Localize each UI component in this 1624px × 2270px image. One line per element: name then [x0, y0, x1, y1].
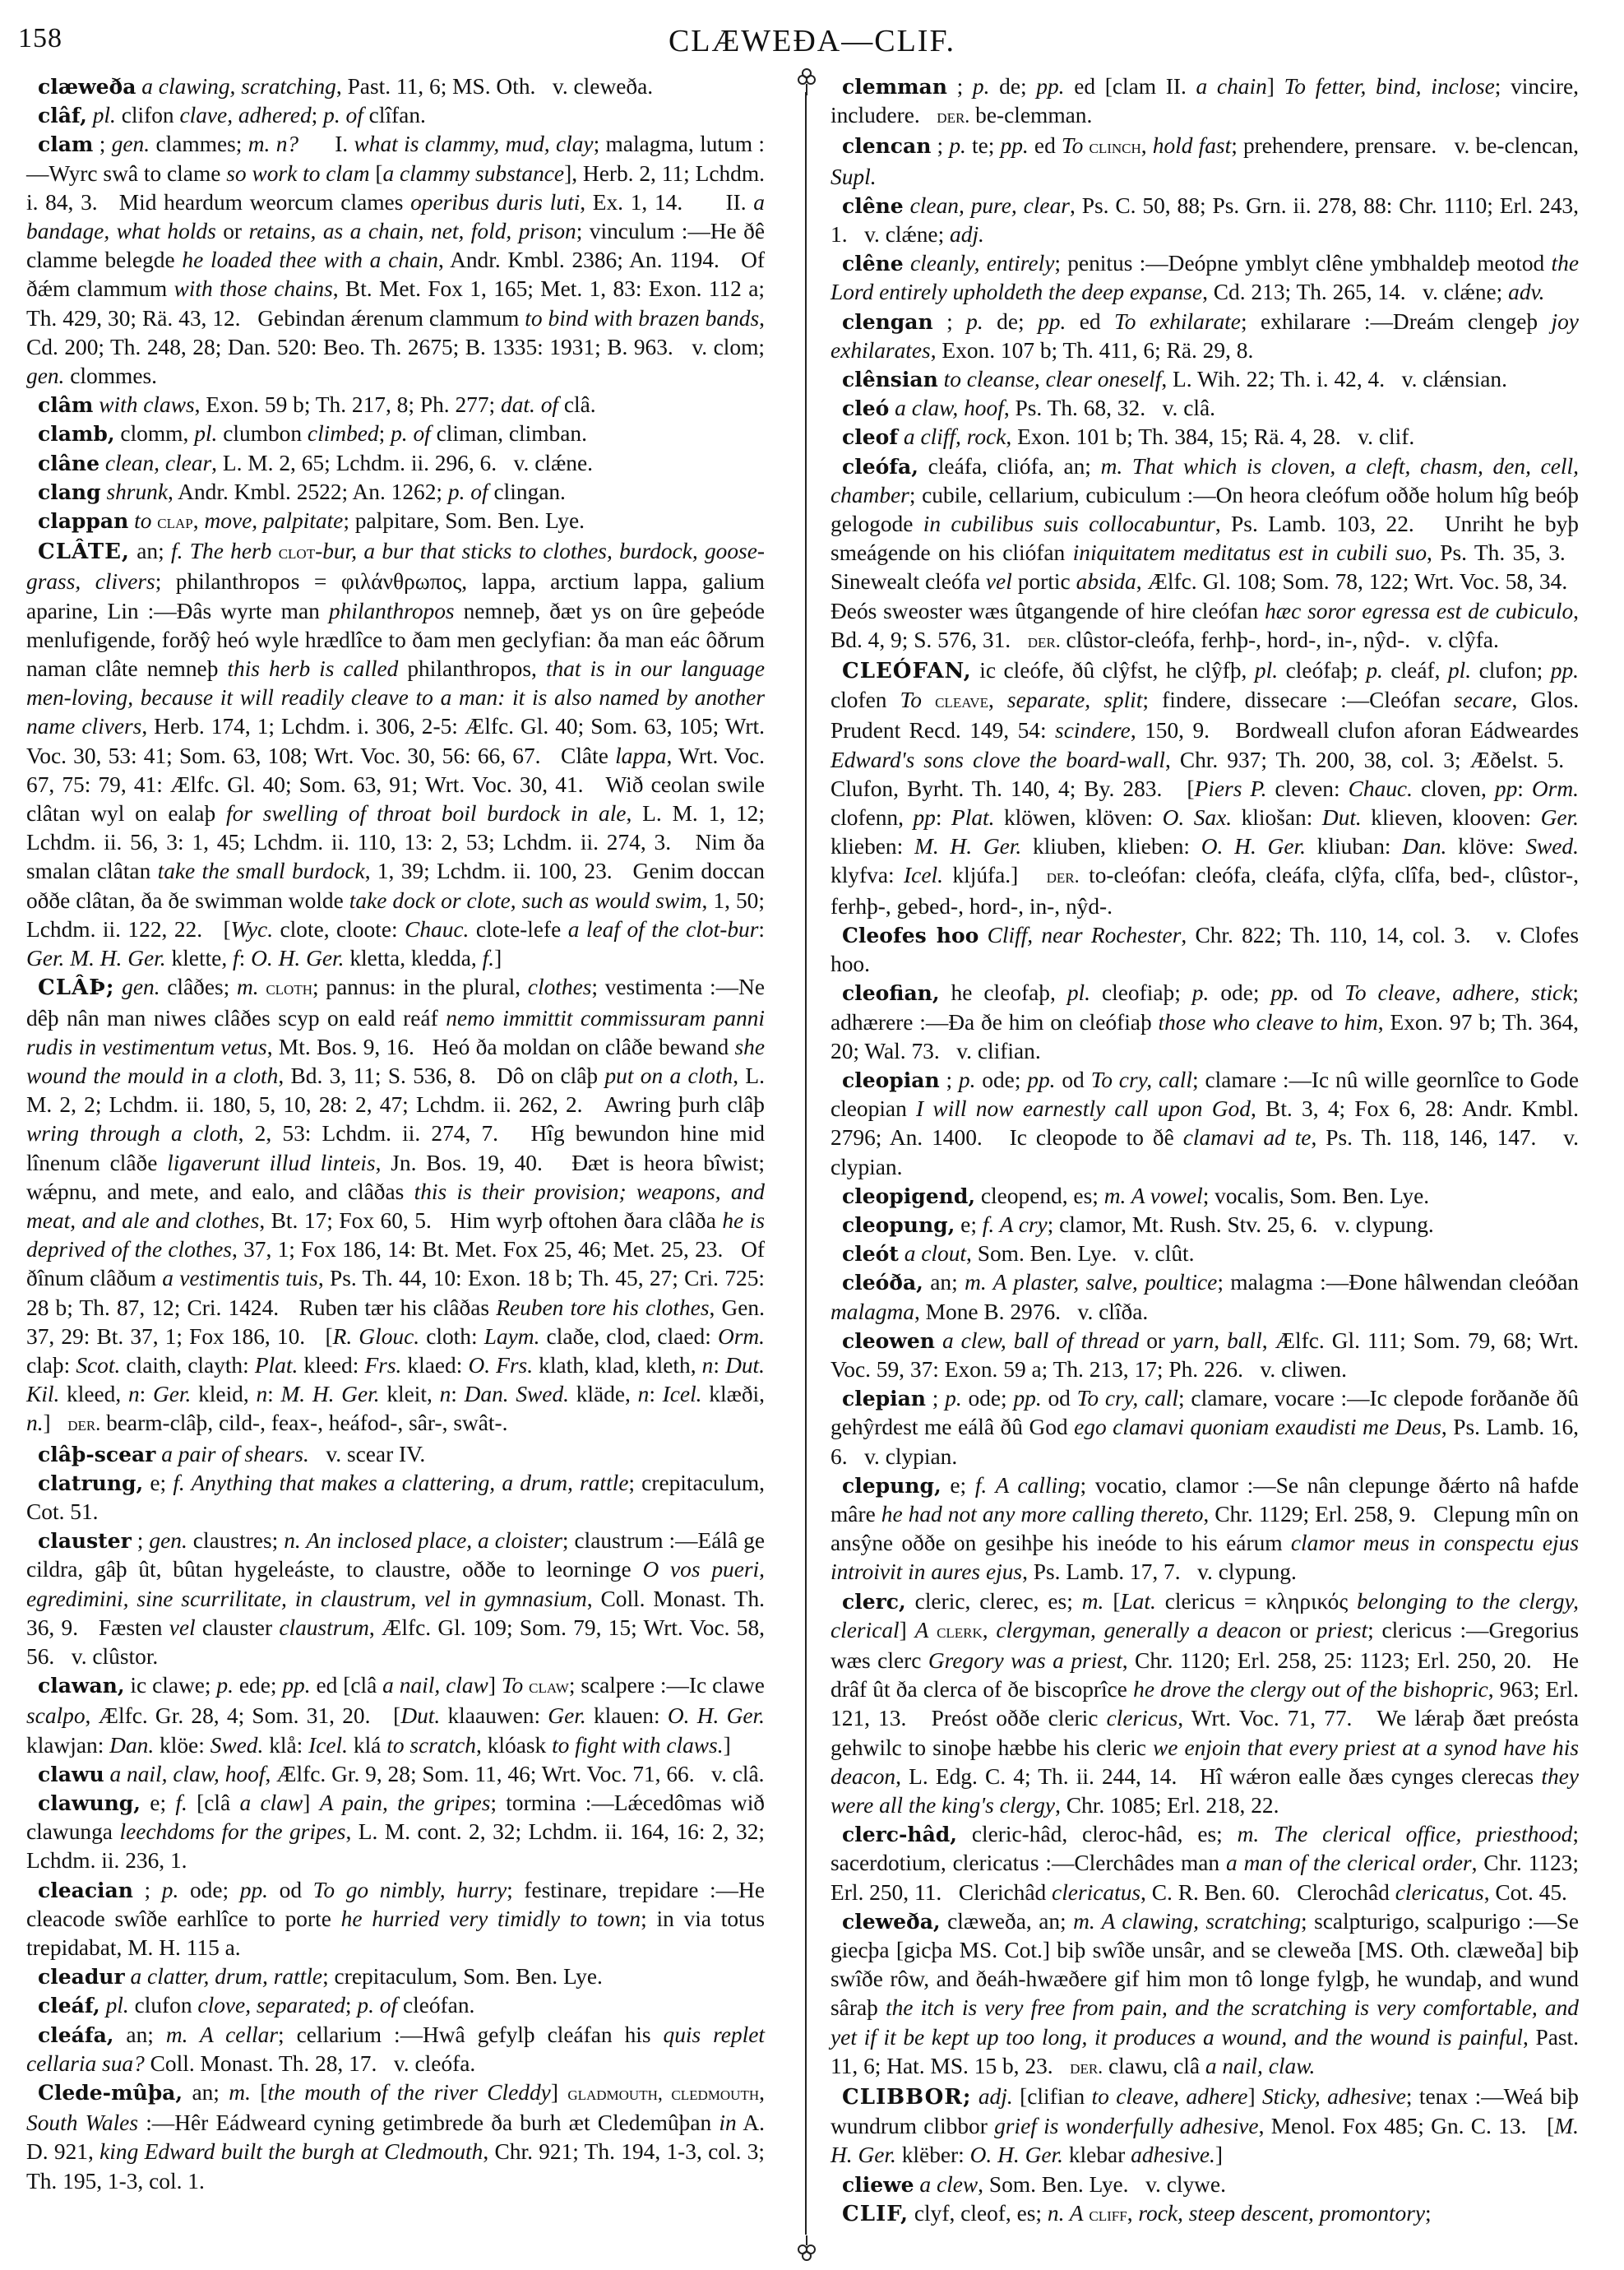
headword: clamb,	[38, 422, 115, 446]
headword: cleáf,	[38, 1994, 100, 2018]
headword: CLIF,	[842, 2202, 909, 2226]
dictionary-entry: clemman ; p. de; pp. ed [clam II. a chai…	[831, 72, 1579, 132]
entry-definition: clyf, cleof, es; n. A cliff, rock, steep…	[909, 2201, 1432, 2226]
entry-definition: cleric, clerec, es; m. [Lat. clericus = …	[831, 1589, 1579, 1818]
dictionary-entry: cleopigend, cleopend, es; m. A vowel; vo…	[831, 1182, 1579, 1211]
headword: cleweða,	[842, 1910, 941, 1934]
dictionary-entry: clamb, clomm, pl. clumbon climbed; p. of…	[26, 419, 765, 448]
headword: CLEÓFAN,	[842, 659, 972, 683]
entry-definition: a pair of shears. v. scear IV.	[155, 1442, 425, 1466]
entry-definition: shrunk, Andr. Kmbl. 2522; An. 1262; p. o…	[101, 479, 566, 504]
dictionary-entry: cleowen a clew, ball of thread or yarn, …	[831, 1327, 1579, 1384]
dictionary-entry: clatrung, e; f. Anything that makes a cl…	[26, 1469, 765, 1526]
headword: clawung,	[38, 1791, 141, 1815]
entry-definition: to cleanse, clear oneself, L. Wih. 22; T…	[938, 367, 1507, 391]
entry-definition: pl. clifon clave, adhered; p. of clîfan.	[87, 103, 426, 127]
dictionary-entry: cleáf, pl. clufon clove, separated; p. o…	[26, 1991, 765, 2020]
entry-definition: cleopend, es; m. A vowel; vocalis, Som. …	[975, 1184, 1429, 1208]
entry-definition: clæweða, an; m. A clawing, scratching; s…	[831, 1909, 1579, 2078]
headword: clawan,	[38, 1674, 125, 1698]
entry-definition: an; m. A plaster, salve, poultice; malag…	[831, 1270, 1579, 1323]
headword: clencan	[842, 134, 931, 158]
dictionary-entry: clêne clean, pure, clear, Ps. C. 50, 88;…	[831, 192, 1579, 249]
entry-definition: a claw, hoof, Ps. Th. 68, 32. v. clâ.	[889, 396, 1215, 420]
right-column: clemman ; p. de; pp. ed [clam II. a chai…	[831, 72, 1579, 2230]
entry-definition: an; f. The herb clot-bur, a bur that sti…	[26, 539, 765, 971]
dictionary-entry: cleáfa, an; m. A cellar; cellarium :—Hwâ…	[26, 2021, 765, 2078]
dictionary-entry: cliewe a clew, Som. Ben. Lye. v. clywe.	[831, 2170, 1579, 2199]
dictionary-entry: clâf, pl. clifon clave, adhered; p. of c…	[26, 101, 765, 130]
dictionary-entry: clepung, e; f. A calling; vocatio, clamo…	[831, 1471, 1579, 1587]
dictionary-entry: CLIF, clyf, cleof, es; n. A cliff, rock,…	[831, 2199, 1579, 2230]
headword: cleó	[842, 396, 889, 420]
dictionary-entry: cleopung, e; f. A cry; clamor, Mt. Rush.…	[831, 1211, 1579, 1239]
headword: cleót	[842, 1242, 899, 1266]
headword: clengan	[842, 310, 933, 334]
dictionary-entry: cleó a claw, hoof, Ps. Th. 68, 32. v. cl…	[831, 394, 1579, 423]
entry-definition: ; p. te; pp. ed To clinch, hold fast; pr…	[831, 133, 1579, 188]
entry-definition: ; p. ode; pp. od To cry, call; clamare, …	[831, 1386, 1579, 1468]
headword: clâm	[38, 393, 93, 417]
headword: clerc-hâd,	[842, 1823, 957, 1846]
trefoil-ornament-icon	[794, 2235, 819, 2263]
dictionary-entry: clam ; gen. clammes; m. n? I. what is cl…	[26, 130, 765, 391]
entry-definition: e; f. A calling; vocatio, clamor :—Se nâ…	[831, 1473, 1579, 1585]
entry-definition: cleanly, entirely; penitus :—Deópne ymbl…	[831, 251, 1579, 304]
dictionary-entry: CLIBBOR; adj. [clifian to cleave, adhere…	[831, 2082, 1579, 2170]
dictionary-entry: cleweða, clæweða, an; m. A clawing, scra…	[831, 1907, 1579, 2082]
entry-definition: cleáfa, cliófa, an; m. That which is clo…	[831, 454, 1579, 652]
headword: clappan	[38, 509, 128, 533]
headword: cleopigend,	[842, 1184, 975, 1208]
headword: clang	[38, 480, 101, 504]
dictionary-entry: cleofian, he cleofaþ, pl. cleofiaþ; p. o…	[831, 979, 1579, 1066]
dictionary-entry: Clede-mûþa, an; m. [the mouth of the riv…	[26, 2078, 765, 2196]
dictionary-entry: clæweða a clawing, scratching, Past. 11,…	[26, 72, 765, 101]
headword: Clede-mûþa,	[38, 2081, 183, 2105]
headword: Cleofes hoo	[842, 924, 979, 947]
dictionary-entry: CLÂÞ; gen. clâðes; m. cloth; pannus: in …	[26, 973, 765, 1439]
entry-definition: ; p. de; pp. ed To exhilarate; exhilarar…	[831, 309, 1579, 363]
headword: clemman	[842, 75, 947, 99]
headword: clâf,	[38, 104, 87, 127]
dictionary-entry: cleót a clout, Som. Ben. Lye. v. clût.	[831, 1239, 1579, 1268]
dictionary-entry: clâm with claws, Exon. 59 b; Th. 217, 8;…	[26, 391, 765, 419]
entry-definition: to clap, move, palpitate; palpitare, Som…	[128, 508, 585, 533]
headword: cliewe	[842, 2173, 914, 2197]
entry-definition: a clatter, drum, rattle; crepitaculum, S…	[125, 1964, 603, 1989]
headword: clawu	[38, 1763, 104, 1786]
entry-definition: clomm, pl. clumbon climbed; p. of climan…	[115, 421, 587, 446]
dictionary-entry: clepian ; p. ode; pp. od To cry, call; c…	[831, 1384, 1579, 1471]
left-column: clæweða a clawing, scratching, Past. 11,…	[26, 72, 765, 2196]
dictionary-entry: clauster ; gen. claustres; n. An inclose…	[26, 1526, 765, 1671]
dictionary-entry: clang shrunk, Andr. Kmbl. 2522; An. 1262…	[26, 478, 765, 507]
headword: clepian	[842, 1387, 926, 1411]
dictionary-entry: clênsian to cleanse, clear oneself, L. W…	[831, 365, 1579, 394]
entry-definition: a clawing, scratching, Past. 11, 6; MS. …	[136, 74, 653, 99]
entry-definition: a clew, ball of thread or yarn, ball, Æl…	[831, 1328, 1579, 1382]
headword: cleófa,	[842, 455, 918, 479]
headword: clêne	[842, 252, 904, 276]
headword: cleofian,	[842, 981, 940, 1005]
entry-definition: ; p. ode; pp. od To cry, call; clamare :…	[831, 1068, 1579, 1179]
entry-definition: a cliff, rock, Exon. 101 b; Th. 384, 15;…	[898, 424, 1414, 449]
headword: clæweða	[38, 75, 136, 99]
entry-definition: ; p. ode; pp. od To go nimbly, hurry; fe…	[26, 1878, 765, 1960]
dictionary-entry: clappan to clap, move, palpitate; palpit…	[26, 507, 765, 537]
headword: clatrung,	[38, 1471, 143, 1495]
dictionary-entry: cleóða, an; m. A plaster, salve, poultic…	[831, 1268, 1579, 1326]
dictionary-entry: clawu a nail, claw, hoof, Ælfc. Gr. 9, 2…	[26, 1760, 765, 1789]
trefoil-ornament-icon	[794, 67, 819, 95]
headword: clâne	[38, 452, 99, 475]
headword: clâþ-scear	[38, 1443, 155, 1466]
dictionary-entry: clâne clean, clear, L. M. 2, 65; Lchdm. …	[26, 449, 765, 478]
entry-definition: clean, clear, L. M. 2, 65; Lchdm. ii. 29…	[99, 451, 593, 475]
column-divider	[805, 92, 807, 2235]
dictionary-entry: clawung, e; f. [clâ a claw] A pain, the …	[26, 1789, 765, 1876]
dictionary-entry: cleacian ; p. ode; pp. od To go nimbly, …	[26, 1876, 765, 1963]
dictionary-entry: clencan ; p. te; pp. ed To clinch, hold …	[831, 132, 1579, 191]
entry-definition: he cleofaþ, pl. cleofiaþ; p. ode; pp. od…	[831, 980, 1579, 1063]
entry-definition: a nail, claw, hoof, Ælfc. Gr. 9, 28; Som…	[104, 1762, 765, 1786]
dictionary-entry: clerc-hâd, cleric-hâd, cleroc-hâd, es; m…	[831, 1820, 1579, 1907]
headword: cleadur	[38, 1965, 125, 1989]
entry-definition: e; f. A cry; clamor, Mt. Rush. Stv. 25, …	[955, 1212, 1433, 1237]
dictionary-entry: cleófa, cleáfa, cliófa, an; m. That whic…	[831, 452, 1579, 656]
dictionary-entry: clengan ; p. de; pp. ed To exhilarate; e…	[831, 308, 1579, 365]
entry-definition: a clout, Som. Ben. Lye. v. clût.	[899, 1241, 1195, 1266]
entry-definition: a clew, Som. Ben. Lye. v. clywe.	[914, 2172, 1226, 2197]
headword: cleóða,	[842, 1271, 923, 1295]
entry-definition: with claws, Exon. 59 b; Th. 217, 8; Ph. …	[93, 392, 595, 417]
headword: clepung,	[842, 1474, 942, 1498]
entry-definition: clean, pure, clear, Ps. C. 50, 88; Ps. G…	[831, 193, 1579, 247]
headword: cleowen	[842, 1329, 935, 1353]
headword: cleopung,	[842, 1213, 955, 1237]
dictionary-entry: clerc, cleric, clerec, es; m. [Lat. cler…	[831, 1587, 1579, 1821]
dictionary-entry: cleadur a clatter, drum, rattle; crepita…	[26, 1962, 765, 1991]
entry-definition: ; gen. claustres; n. An inclosed place, …	[26, 1528, 765, 1669]
headword: clêne	[842, 194, 904, 218]
entry-definition: ic cleófe, ðû clŷfst, he clŷfþ, pl. cleó…	[831, 658, 1579, 919]
headword: clerc,	[842, 1590, 906, 1614]
headword: cleopian	[842, 1068, 940, 1092]
entry-definition: an; m. A cellar; cellarium :—Hwâ gefylþ …	[26, 2022, 765, 2076]
headword: cleof	[842, 425, 898, 449]
dictionary-entry: clawan, ic clawe; p. ede; pp. ed [clâ a …	[26, 1671, 765, 1760]
dictionary-entry: cleopian ; p. ode; pp. od To cry, call; …	[831, 1066, 1579, 1182]
dictionary-entry: clêne cleanly, entirely; penitus :—Deópn…	[831, 249, 1579, 307]
dictionary-entry: cleof a cliff, rock, Exon. 101 b; Th. 38…	[831, 423, 1579, 452]
entry-definition: ; gen. clammes; m. n? I. what is clammy,…	[26, 132, 765, 388]
headword: clênsian	[842, 368, 938, 391]
entry-definition: gen. clâðes; m. cloth; pannus: in the pl…	[26, 975, 765, 1435]
headword: CLÂÞ;	[38, 975, 114, 1000]
dictionary-entry: clâþ-scear a pair of shears. v. scear IV…	[26, 1440, 765, 1469]
headword: clauster	[38, 1529, 132, 1553]
entry-definition: ic clawe; p. ede; pp. ed [clâ a nail, cl…	[26, 1673, 765, 1757]
headword: CLÂTE,	[38, 540, 130, 564]
headword: cleáfa,	[38, 2023, 113, 2047]
headword: clam	[38, 132, 93, 156]
running-head: CLÆWEÐA—CLIF.	[0, 23, 1624, 59]
headword: cleacian	[38, 1879, 133, 1902]
dictionary-entry: CLÂTE, an; f. The herb clot-bur, a bur t…	[26, 537, 765, 973]
entry-definition: pl. clufon clove, separated; p. of cleóf…	[100, 1993, 475, 2018]
dictionary-entry: Cleofes hoo Cliff, near Rochester, Chr. …	[831, 921, 1579, 979]
dictionary-entry: CLEÓFAN, ic cleófe, ðû clŷfst, he clŷfþ,…	[831, 656, 1579, 921]
headword: CLIBBOR;	[842, 2085, 971, 2110]
